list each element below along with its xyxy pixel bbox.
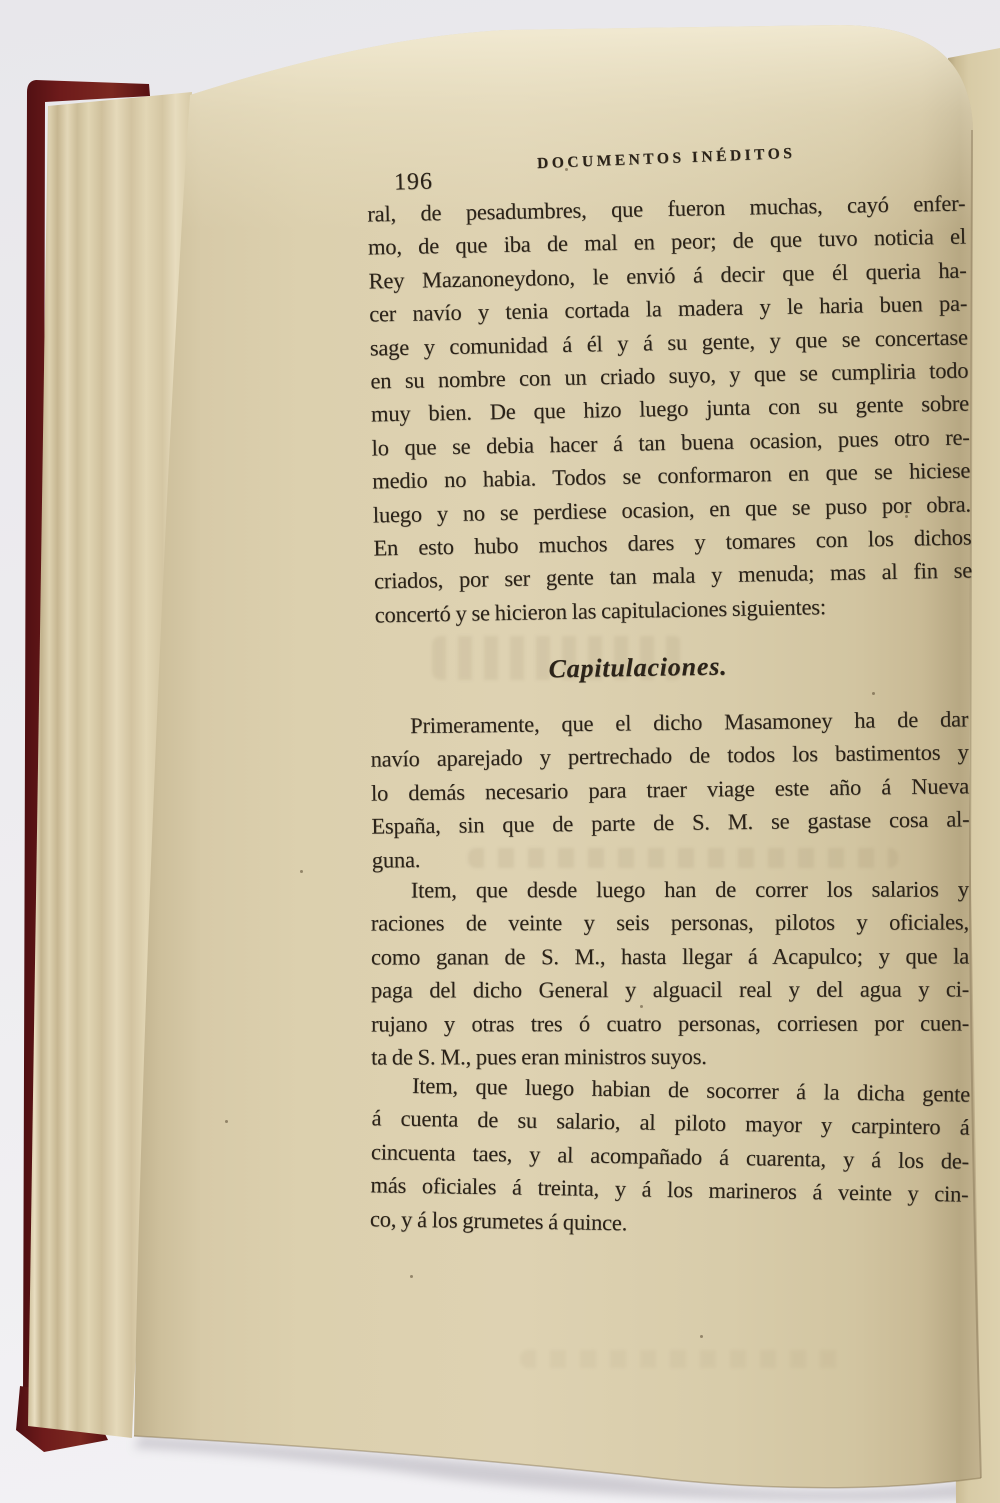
text-line: como ganan de S. M., hasta llegar á Acap…: [371, 939, 969, 973]
text-line: paga del dicho General y alguacil real y…: [371, 972, 969, 1006]
paragraph-continuation: ral, de pesadumbres, que fueron muchas, …: [367, 187, 973, 632]
body-text: ral, de pesadumbres, que fueron muchas, …: [371, 192, 969, 1240]
text-line: ta de S. M., pues eran ministros suyos.: [371, 1039, 969, 1073]
paragraph-item-2: Item, que luego habian de socorrer á la …: [370, 1068, 971, 1244]
paper-speck: [225, 1120, 228, 1123]
book-photo-scene: 196 DOCUMENTOS INÉDITOS ral, de pesadumb…: [0, 0, 1000, 1503]
paragraph-item-1: Item, que desde luego han de correr los …: [371, 872, 969, 1073]
text-line: Item, que desde luego han de correr los …: [371, 872, 969, 906]
paper-speck: [410, 1275, 413, 1278]
paragraph-primeramente: Primeramente, que el dicho Masamoney ha …: [370, 702, 970, 876]
text-line: rujano y otras tres ó cuatro personas, c…: [371, 1006, 969, 1040]
running-header: DOCUMENTOS INÉDITOS: [537, 145, 796, 173]
text-line: raciones de veinte y seis personas, pilo…: [371, 906, 969, 940]
section-heading: Capitulaciones.: [339, 647, 937, 690]
show-through-smudge: [520, 1350, 850, 1368]
text-line: España, sin que de parte de S. M. se gas…: [371, 802, 969, 843]
page-content: 196 DOCUMENTOS INÉDITOS ral, de pesadumb…: [0, 0, 1000, 1503]
paper-speck: [300, 870, 303, 873]
paper-speck: [700, 1335, 703, 1338]
